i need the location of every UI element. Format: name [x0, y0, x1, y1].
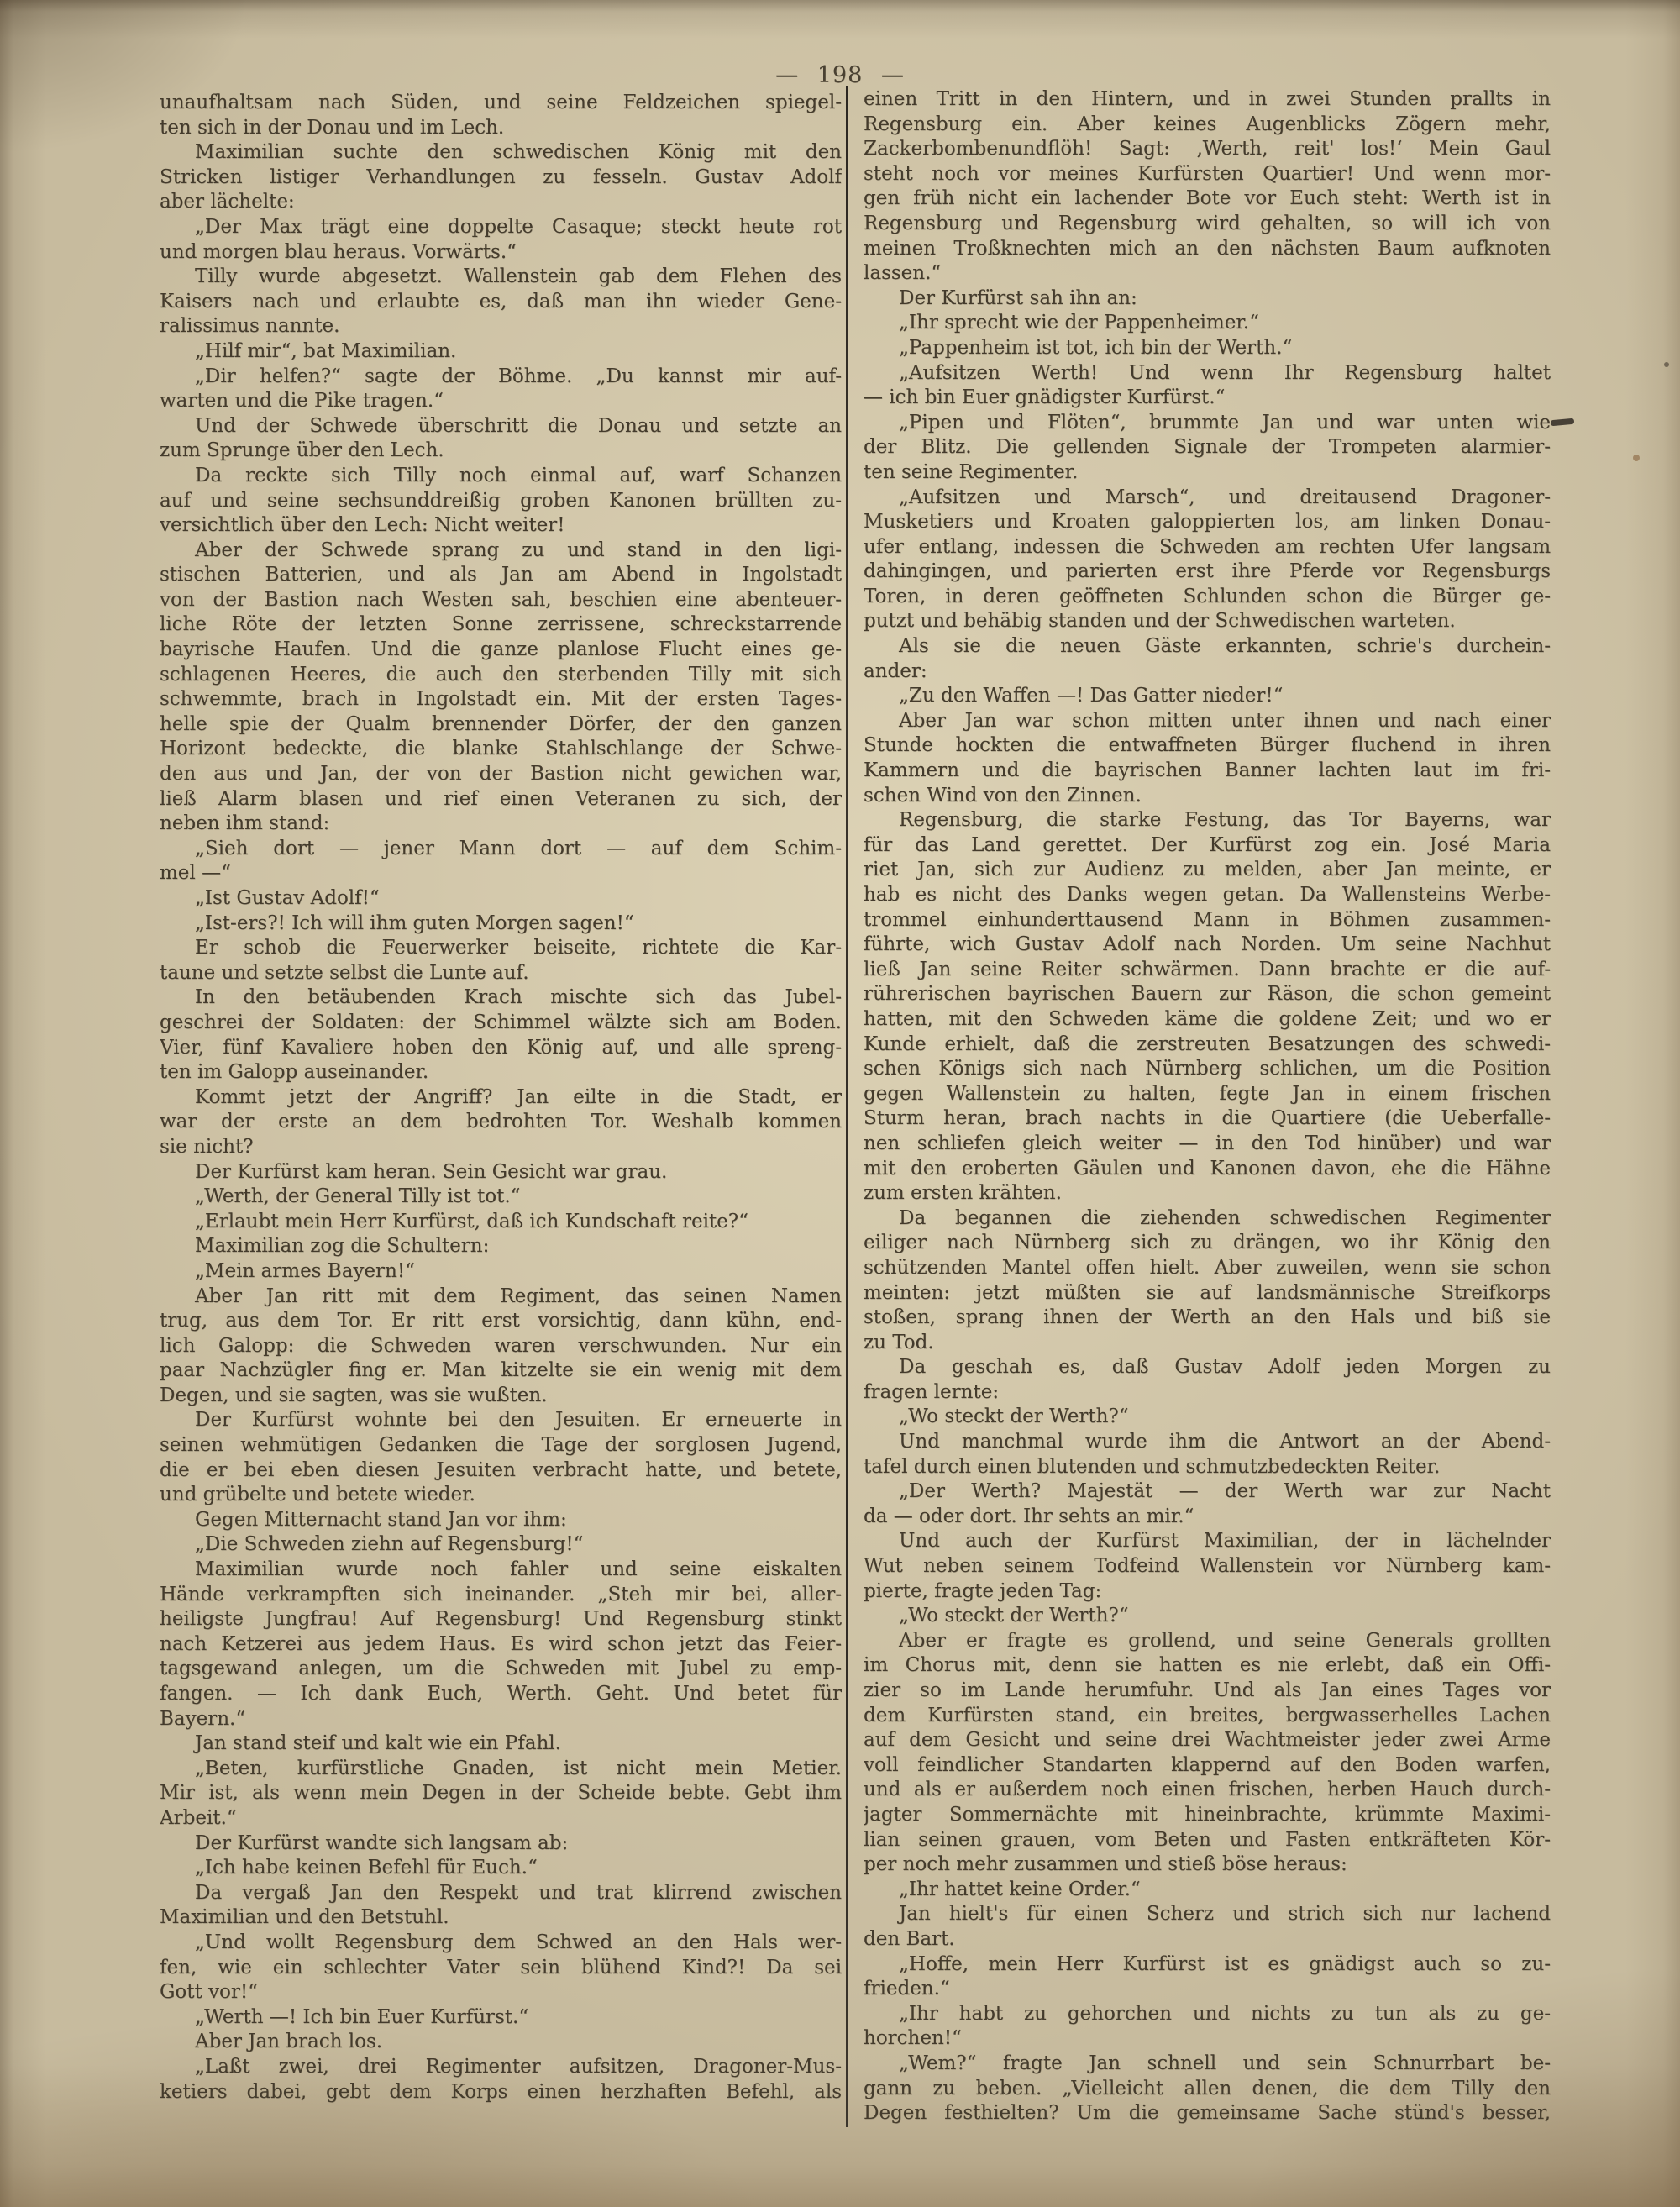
text-line: ten im Galopp auseinander.	[160, 1060, 842, 1085]
text-line: Der Kurfürst kam heran. Sein Gesicht war…	[160, 1160, 842, 1185]
text-line: rührerischen bayrischen Bauern zur Räson…	[864, 982, 1551, 1007]
text-line: „Die Schweden ziehn auf Regensburg!“	[160, 1532, 842, 1558]
text-line: pierte, fragte jeden Tag:	[864, 1579, 1551, 1605]
text-line: Degen, und sie sagten, was sie wußten.	[160, 1384, 842, 1409]
text-line: lich Galopp: die Schweden waren verschwu…	[160, 1334, 842, 1359]
text-line: nen schliefen gleich weiter — in den Tod…	[864, 1132, 1551, 1157]
text-line: unaufhaltsam nach Süden, und seine Feldz…	[160, 91, 842, 116]
text-line: horchen!“	[864, 2026, 1551, 2052]
text-line: Da vergaß Jan den Respekt und trat klirr…	[160, 1881, 842, 1906]
text-line: voll feindlicher Standarten klappernd au…	[864, 1753, 1551, 1779]
text-line: schen Königs sich nach Nürnberg schliche…	[864, 1057, 1551, 1082]
text-line: dem Kurfürsten stand, ein breites, bergw…	[864, 1704, 1551, 1729]
text-line: geschrei der Soldaten: der Schimmel wälz…	[160, 1011, 842, 1036]
text-line: ließ Alarm blasen und rief einen Veteran…	[160, 787, 842, 812]
text-line: Mir ist, als wenn mein Degen in der Sche…	[160, 1781, 842, 1806]
text-line: tafel durch einen blutenden und schmutzb…	[864, 1455, 1551, 1480]
text-line: „Erlaubt mein Herr Kurfürst, daß ich Kun…	[160, 1210, 842, 1235]
text-line: „Ihr hattet keine Order.“	[864, 1878, 1551, 1903]
text-line: — ich bin Euer gnädigster Kurfürst.“	[864, 386, 1551, 411]
text-line: riet Jan, sich zur Audienz zu melden, ab…	[864, 858, 1551, 883]
text-line: „Ich habe keinen Befehl für Euch.“	[160, 1856, 842, 1881]
column-divider-rule	[846, 86, 848, 2127]
text-line: Vier, fünf Kavaliere hoben den König auf…	[160, 1036, 842, 1061]
text-line: helle spie der Qualm brennender Dörfer, …	[160, 712, 842, 738]
column-right: einen Tritt in den Hintern, und in zwei …	[864, 87, 1551, 2126]
text-line: taune und setzte selbst die Lunte auf.	[160, 961, 842, 986]
column-left: unaufhaltsam nach Süden, und seine Feldz…	[160, 91, 842, 2105]
text-line: steht noch vor meines Kurfürsten Quartie…	[864, 162, 1551, 187]
text-line: Da reckte sich Tilly noch einmal auf, wa…	[160, 464, 842, 489]
text-line: Wut neben seinem Todfeind Wallenstein vo…	[864, 1554, 1551, 1579]
text-line: Und der Schwede überschritt die Donau un…	[160, 414, 842, 439]
text-line: „Aufsitzen Werth! Und wenn Ihr Regensbur…	[864, 361, 1551, 386]
text-line: versichtlich über den Lech: Nicht weiter…	[160, 513, 842, 539]
text-line: „Der Max trägt eine doppelte Casaque; st…	[160, 215, 842, 240]
text-line: da — oder dort. Ihr sehts an mir.“	[864, 1505, 1551, 1530]
text-line: liche Röte der letzten Sonne zerrissene,…	[160, 612, 842, 638]
text-line: per noch mehr zusammen und stieß böse he…	[864, 1852, 1551, 1878]
text-line: führte, wich Gustav Adolf nach Norden. U…	[864, 933, 1551, 958]
text-line: Maximilian und den Betstuhl.	[160, 1905, 842, 1931]
text-line: Kaisers nach und erlaubte es, daß man ih…	[160, 290, 842, 315]
text-line: „Wo steckt der Werth?“	[864, 1604, 1551, 1629]
text-line: „Aufsitzen und Marsch“, und dreitausend …	[864, 486, 1551, 511]
text-line: ralissimus nannte.	[160, 314, 842, 339]
text-line: einen Tritt in den Hintern, und in zwei …	[864, 87, 1551, 113]
text-line: Da geschah es, daß Gustav Adolf jeden Mo…	[864, 1355, 1551, 1380]
text-line: Jan stand steif und kalt wie ein Pfahl.	[160, 1731, 842, 1757]
text-line: neben ihm stand:	[160, 812, 842, 837]
text-line: auf dem Gesicht und seine drei Wachtmeis…	[864, 1728, 1551, 1753]
text-line: „Mein armes Bayern!“	[160, 1259, 842, 1285]
text-line: Regensburg ein. Aber keines Augenblicks …	[864, 113, 1551, 138]
text-line: und grübelte und betete wieder.	[160, 1483, 842, 1508]
text-line: ten sich in der Donau und im Lech.	[160, 116, 842, 141]
text-line: „Werth —! Ich bin Euer Kurfürst.“	[160, 2005, 842, 2031]
text-line: Aber Jan ritt mit dem Regiment, das sein…	[160, 1285, 842, 1310]
text-line: In den betäubenden Krach mischte sich da…	[160, 985, 842, 1011]
text-line: „Ihr sprecht wie der Pappenheimer.“	[864, 311, 1551, 336]
text-line: Stunde hockten die entwaffneten Bürger f…	[864, 733, 1551, 759]
text-line: „Sieh dort — jener Mann dort — auf dem S…	[160, 837, 842, 862]
page-number: — 198 —	[0, 62, 1680, 88]
text-line: und als er außerdem noch einen frischen,…	[864, 1778, 1551, 1803]
text-line: den Bart.	[864, 1927, 1551, 1952]
text-line: Regensburg und Regensburg wird gehalten,…	[864, 212, 1551, 237]
text-line: mit den eroberten Gäulen und Kanonen dav…	[864, 1157, 1551, 1182]
text-line: Regensburg, die starke Festung, das Tor …	[864, 808, 1551, 833]
text-line: gegen Wallenstein zu halten, fegte Jan i…	[864, 1082, 1551, 1107]
text-line: jagter Sommernächte mit hineinbrachte, k…	[864, 1803, 1551, 1828]
text-line: ließ Jan seine Reiter schwärmen. Dann br…	[864, 958, 1551, 983]
text-line: „Wem?“ fragte Jan schnell und sein Schnu…	[864, 2052, 1551, 2077]
text-line: tagsgewand anlegen, um die Schweden mit …	[160, 1657, 842, 1682]
text-line: Gegen Mitternacht stand Jan vor ihm:	[160, 1508, 842, 1533]
text-line: lassen.“	[864, 261, 1551, 286]
text-line: Tilly wurde abgesetzt. Wallenstein gab d…	[160, 265, 842, 290]
text-line: Der Kurfürst sah ihn an:	[864, 286, 1551, 312]
text-line: für das Land gerettet. Der Kurfürst zog …	[864, 833, 1551, 859]
text-line: „Pappenheim ist tot, ich bin der Werth.“	[864, 336, 1551, 361]
text-line: Aber Jan war schon mitten unter ihnen un…	[864, 709, 1551, 734]
text-line: „Pipen und Flöten“, brummte Jan und war …	[864, 411, 1551, 436]
text-line: schützenden Mantel offen hielt. Aber zuw…	[864, 1256, 1551, 1281]
text-line: ufer entlang, indessen die Schweden am r…	[864, 535, 1551, 560]
text-line: „Hilf mir“, bat Maximilian.	[160, 339, 842, 365]
text-line: warten und die Pike tragen.“	[160, 389, 842, 414]
text-line: hab es nicht des Danks wegen getan. Da W…	[864, 883, 1551, 908]
text-line: heiligste Jungfrau! Auf Regensburg! Und …	[160, 1607, 842, 1632]
margin-pencil-dash	[1551, 418, 1575, 426]
text-line: zier so im Lande herumfuhr. Und als Jan …	[864, 1679, 1551, 1704]
text-line: gen früh nicht ein lachender Bote vor Eu…	[864, 187, 1551, 212]
text-line: „Beten, kurfürstliche Gnaden, ist nicht …	[160, 1757, 842, 1782]
text-line: nach Ketzerei aus jedem Haus. Es wird sc…	[160, 1632, 842, 1658]
text-line: zu Tod.	[864, 1331, 1551, 1356]
ink-speck	[1664, 362, 1669, 367]
text-line: Als sie die neuen Gäste erkannten, schri…	[864, 634, 1551, 659]
text-line: trommel einhunderttausend Mann in Böhmen…	[864, 908, 1551, 933]
book-page-scan: — 198 — unaufhaltsam nach Süden, und sei…	[0, 0, 1680, 2207]
text-line: „Und wollt Regensburg dem Schwed an den …	[160, 1931, 842, 1956]
text-line: Musketiers und Kroaten galoppierten los,…	[864, 510, 1551, 535]
text-line: Sturm heran, brach nachts in die Quartie…	[864, 1106, 1551, 1132]
text-line: seinen wehmütigen Gedanken die Tage der …	[160, 1433, 842, 1458]
text-line: Toren, in deren geöffneten Schlunden sch…	[864, 585, 1551, 610]
text-line: Gott vor!“	[160, 1980, 842, 2005]
text-line: „Wo steckt der Werth?“	[864, 1405, 1551, 1430]
text-line: Maximilian wurde noch fahler und seine e…	[160, 1558, 842, 1583]
text-line: auf und seine sechsunddreißig groben Kan…	[160, 489, 842, 514]
text-line: fen, wie ein schlechter Vater sein blühe…	[160, 1956, 842, 1981]
rust-speck	[1633, 455, 1640, 461]
text-line: zum ersten krähten.	[864, 1181, 1551, 1206]
text-line: der Blitz. Die gellenden Signale der Tro…	[864, 435, 1551, 460]
text-line: lian seinen grauen, vom Beten und Fasten…	[864, 1828, 1551, 1853]
text-line: zum Sprunge über den Lech.	[160, 439, 842, 464]
text-line: stoßen, sprang ihnen der Werth an den Ha…	[864, 1306, 1551, 1331]
text-line: Kunde erhielt, daß die zerstreuten Besat…	[864, 1033, 1551, 1058]
text-line: „Werth, der General Tilly ist tot.“	[160, 1185, 842, 1210]
text-line: Kommt jetzt der Angriff? Jan eilte in di…	[160, 1085, 842, 1111]
text-line: Jan hielt's für einen Scherz und strich …	[864, 1902, 1551, 1927]
text-line: ander:	[864, 659, 1551, 685]
text-line: Arbeit.“	[160, 1806, 842, 1831]
text-line: Aber der Schwede sprang zu und stand in …	[160, 539, 842, 564]
text-line: von der Bastion nach Westen sah, beschie…	[160, 588, 842, 613]
text-line: Stricken listiger Verhandlungen zu fesse…	[160, 166, 842, 191]
text-line: trug, aus dem Tor. Er ritt erst vorsicht…	[160, 1309, 842, 1334]
text-line: fragen lernte:	[864, 1380, 1551, 1406]
text-line: Zackerbombenundflöh! Sagt: ‚Werth, reit'…	[864, 137, 1551, 162]
text-line: Bayern.“	[160, 1707, 842, 1732]
text-line: dahingingen, und parierten erst ihre Pfe…	[864, 560, 1551, 585]
text-line: die er bei eben diesen Jesuiten verbrach…	[160, 1458, 842, 1484]
text-line: Hände verkrampften sich ineinander. „Ste…	[160, 1583, 842, 1608]
text-line: Der Kurfürst wandte sich langsam ab:	[160, 1831, 842, 1857]
text-line: frieden.“	[864, 1977, 1551, 2002]
text-line: schwemmte, brach in Ingolstadt ein. Mit …	[160, 687, 842, 712]
text-line: den aus und Jan, der von der Bastion nic…	[160, 762, 842, 787]
text-line: putzt und behäbig standen und der Schwed…	[864, 609, 1551, 634]
text-line: stischen Batterien, und als Jan am Abend…	[160, 563, 842, 588]
text-line: Aber Jan brach los.	[160, 2030, 842, 2055]
text-line: Er schob die Feuerwerker beiseite, richt…	[160, 936, 842, 961]
text-line: gann zu beben. „Vielleicht allen denen, …	[864, 2077, 1551, 2102]
text-line: Und auch der Kurfürst Maximilian, der in…	[864, 1529, 1551, 1554]
text-line: eiliger nach Nürnberg sich zu drängen, w…	[864, 1231, 1551, 1256]
text-line: sie nicht?	[160, 1135, 842, 1160]
text-line: aber lächelte:	[160, 190, 842, 215]
text-line: meinten: jetzt müßten sie auf landsmänni…	[864, 1281, 1551, 1306]
text-line: und morgen blau heraus. Vorwärts.“	[160, 240, 842, 265]
text-line: Aber er fragte es grollend, und seine Ge…	[864, 1629, 1551, 1654]
text-line: „Zu den Waffen —! Das Gatter nieder!“	[864, 684, 1551, 709]
text-line: ketiers dabei, gebt dem Korps einen herz…	[160, 2080, 842, 2105]
text-line: „Ihr habt zu gehorchen und nichts zu tun…	[864, 2002, 1551, 2027]
text-line: Horizont bedeckte, die blanke Stahlschla…	[160, 737, 842, 762]
text-line: meinen Troßknechten mich an den nächsten…	[864, 237, 1551, 262]
text-line: war der erste an dem bedrohten Tor. Wesh…	[160, 1110, 842, 1135]
text-line: Kammern und die bayrischen Banner lachte…	[864, 759, 1551, 784]
text-line: „Ist-ers?! Ich will ihm guten Morgen sag…	[160, 912, 842, 937]
text-line: bayrische Haufen. Und die ganze planlose…	[160, 638, 842, 663]
text-line: im Chorus mit, denn sie hatten es nie er…	[864, 1653, 1551, 1679]
text-line: fangen. — Ich dank Euch, Werth. Geht. Un…	[160, 1682, 842, 1707]
text-line: hatten, mit den Schweden käme die golden…	[864, 1007, 1551, 1033]
text-line: Und manchmal wurde ihm die Antwort an de…	[864, 1430, 1551, 1455]
text-line: Maximilian suchte den schwedischen König…	[160, 140, 842, 166]
text-line: „Hoffe, mein Herr Kurfürst ist es gnädig…	[864, 1952, 1551, 1978]
text-line: „Ist Gustav Adolf!“	[160, 886, 842, 912]
text-line: schlagenen Heeres, die auch den sterbend…	[160, 663, 842, 688]
text-line: Degen festhielten? Um die gemeinsame Sac…	[864, 2101, 1551, 2126]
text-line: Der Kurfürst wohnte bei den Jesuiten. Er…	[160, 1408, 842, 1433]
text-line: „Laßt zwei, drei Regimenter aufsitzen, D…	[160, 2055, 842, 2080]
text-line: „Der Werth? Majestät — der Werth war zur…	[864, 1479, 1551, 1505]
text-line: Da begannen die ziehenden schwedischen R…	[864, 1206, 1551, 1232]
text-line: paar Nachzügler fing er. Man kitzelte si…	[160, 1358, 842, 1384]
text-line: „Dir helfen?“ sagte der Böhme. „Du kanns…	[160, 365, 842, 390]
text-line: schen Wind von den Zinnen.	[864, 784, 1551, 809]
text-line: Maximilian zog die Schultern:	[160, 1234, 842, 1259]
text-line: mel —“	[160, 861, 842, 886]
text-line: ten seine Regimenter.	[864, 460, 1551, 486]
